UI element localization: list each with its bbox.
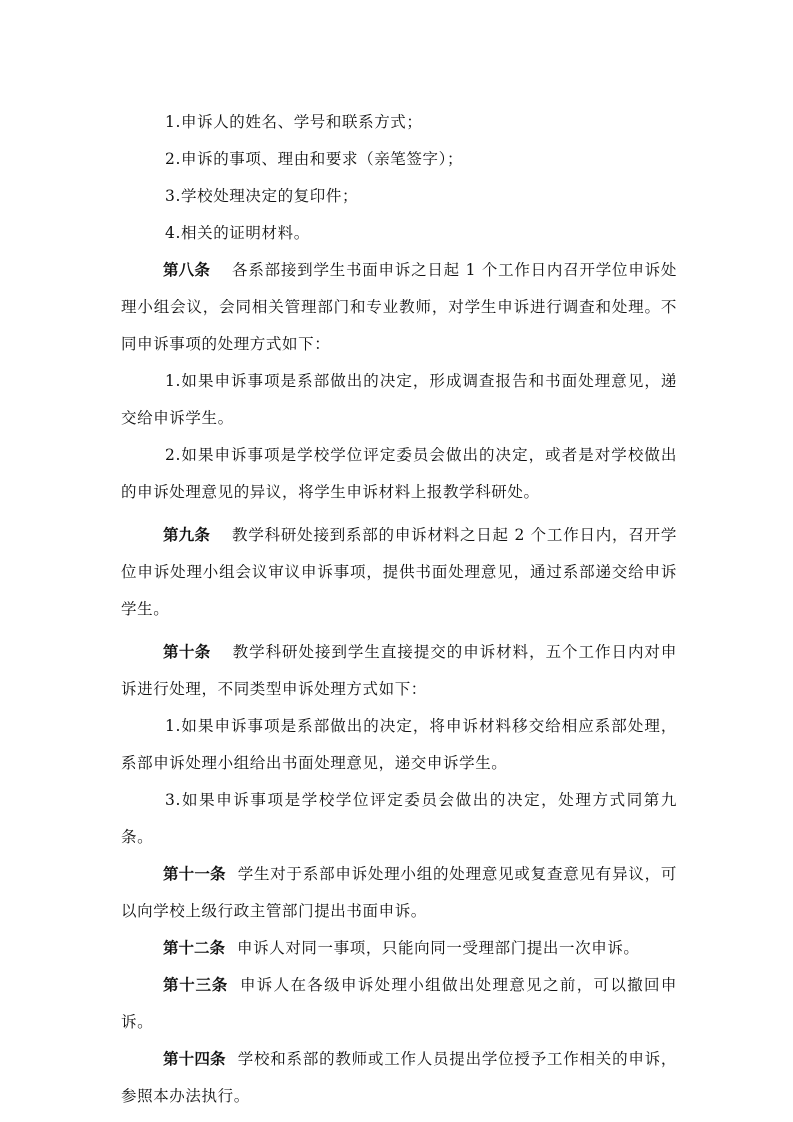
list-item: 2.申诉的事项、理由和要求（亲笔签字）； bbox=[121, 141, 677, 178]
list-item: 2.如果申诉事项是学校学位评定委员会做出的决定，或者是对学校做出的申诉处理意见的… bbox=[121, 437, 677, 511]
article-title: 第十条 bbox=[163, 643, 211, 661]
article-title: 第八条 bbox=[163, 261, 210, 279]
article-title: 第十四条 bbox=[163, 1050, 226, 1068]
document-page: 1.申诉人的姓名、学号和联系方式； 2.申诉的事项、理由和要求（亲笔签字）； 3… bbox=[121, 104, 677, 1115]
article-title: 第九条 bbox=[163, 526, 210, 544]
article-title: 第十三条 bbox=[163, 976, 228, 994]
list-item: 3.如果申诉事项是学校学位评定委员会做出的决定，处理方式同第九条。 bbox=[121, 782, 677, 856]
article-title: 第十二条 bbox=[163, 939, 225, 957]
article-13: 第十三条申诉人在各级申诉处理小组做出处理意见之前，可以撤回申诉。 bbox=[121, 967, 677, 1041]
article-8: 第八条各系部接到学生书面申诉之日起 1 个工作日内召开学位申诉处理小组会议，会同… bbox=[121, 252, 677, 363]
article-12: 第十二条申诉人对同一事项，只能向同一受理部门提出一次申诉。 bbox=[121, 930, 677, 967]
article-9: 第九条教学科研处接到系部的申诉材料之日起 2 个工作日内，召开学位申诉处理小组会… bbox=[121, 517, 677, 628]
article-body: 申诉人对同一事项，只能向同一受理部门提出一次申诉。 bbox=[237, 939, 640, 957]
list-item: 4.相关的证明材料。 bbox=[121, 215, 677, 252]
list-item: 1.如果申诉事项是系部做出的决定，形成调查报告和书面处理意见，递交给申诉学生。 bbox=[121, 363, 677, 437]
list-item: 1.申诉人的姓名、学号和联系方式； bbox=[121, 104, 677, 141]
article-10: 第十条教学科研处接到学生直接提交的申诉材料，五个工作日内对申诉进行处理，不同类型… bbox=[121, 634, 677, 708]
article-11: 第十一条学生对于系部申诉处理小组的处理意见或复查意见有异议，可以向学校上级行政主… bbox=[121, 856, 677, 930]
article-14: 第十四条学校和系部的教师或工作人员提出学位授予工作相关的申诉，参照本办法执行。 bbox=[121, 1041, 677, 1115]
list-item: 1.如果申诉事项是系部做出的决定，将申诉材料移交给相应系部处理，系部申诉处理小组… bbox=[121, 708, 677, 782]
article-title: 第十一条 bbox=[163, 865, 226, 883]
list-item: 3.学校处理决定的复印件； bbox=[121, 178, 677, 215]
